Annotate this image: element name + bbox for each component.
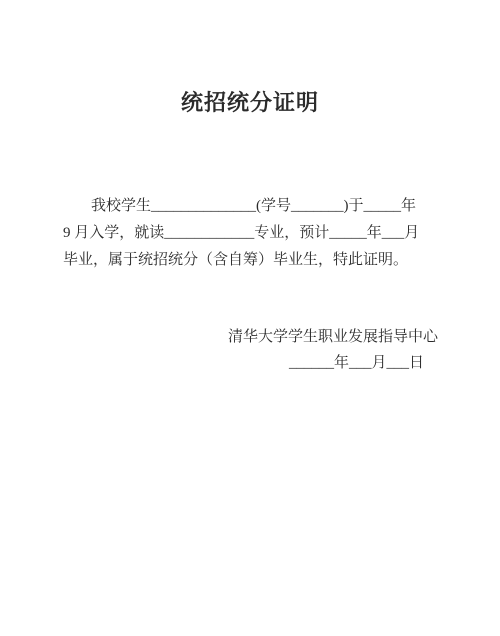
body-line-3: 毕业，属于统招统分（含自筹）毕业生，特此证明。	[63, 247, 442, 274]
body-line-2: 9 月入学，就读____________专业，预计_____年___月	[63, 220, 442, 247]
certificate-page: 统招统分证明 我校学生______________(学号_______)于___…	[0, 0, 500, 636]
signature-organization: 清华大学学生职业发展指导中心	[0, 324, 438, 350]
body-line-1: 我校学生______________(学号_______)于_____年	[63, 193, 442, 220]
signature-date-line: ______年___月___日	[0, 350, 424, 376]
document-title: 统招统分证明	[0, 0, 500, 119]
document-body: 我校学生______________(学号_______)于_____年 9 月…	[0, 193, 500, 274]
signature-block: 清华大学学生职业发展指导中心 ______年___月___日	[0, 324, 500, 376]
